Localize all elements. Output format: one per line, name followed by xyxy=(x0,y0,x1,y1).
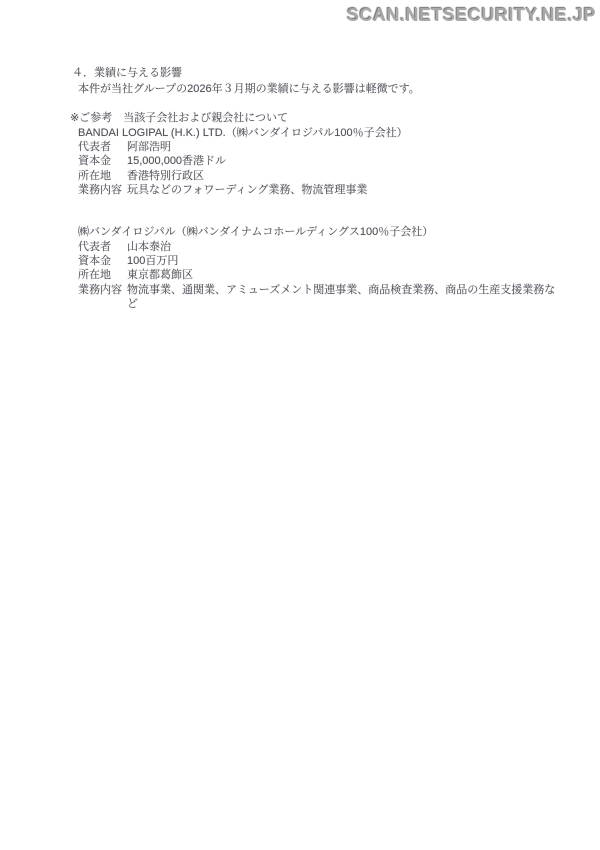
field-label: 代表者 xyxy=(78,240,127,254)
document-page: SCAN.NETSECURITY.NE.JP ４．業績に与える影響 本件が当社グ… xyxy=(0,0,600,850)
field-value: 100百万円 xyxy=(127,254,565,268)
field-value: 15,000,000香港ドル xyxy=(127,154,565,168)
reference-heading: ※ご参考 当該子会社および親会社について xyxy=(70,111,568,125)
field-label: 業務内容 xyxy=(78,183,127,197)
company-block-bandai-logipal-hk: BANDAI LOGIPAL (H.K.) LTD.（㈱バンダイロジパル100％… xyxy=(78,126,568,197)
company-field-row: 代表者 山本泰治 xyxy=(78,240,568,254)
field-value: 物流事業、通関業、アミューズメント関連事業、商品検査業務、商品の生産支援業務など xyxy=(127,283,565,312)
site-watermark: SCAN.NETSECURITY.NE.JP xyxy=(347,5,596,26)
company-field-row: 業務内容 物流事業、通関業、アミューズメント関連事業、商品検査業務、商品の生産支… xyxy=(78,283,568,312)
company-field-row: 所在地 香港特別行政区 xyxy=(78,169,568,183)
field-label: 資本金 xyxy=(78,154,127,168)
company-name: BANDAI LOGIPAL (H.K.) LTD.（㈱バンダイロジパル100％… xyxy=(78,126,568,140)
company-field-row: 資本金 100百万円 xyxy=(78,254,568,268)
field-label: 所在地 xyxy=(78,268,127,282)
company-field-row: 代表者 阿部浩明 xyxy=(78,140,568,154)
field-label: 業務内容 xyxy=(78,283,127,297)
field-label: 所在地 xyxy=(78,169,127,183)
section-4-body: 本件が当社グループの2026年３月期の業績に与える影響は軽微です。 xyxy=(78,82,568,96)
document-content: ４．業績に与える影響 本件が当社グループの2026年３月期の業績に与える影響は軽… xyxy=(72,66,568,311)
company-field-row: 業務内容 玩具などのフォワーディング業務、物流管理事業 xyxy=(78,183,568,197)
field-label: 資本金 xyxy=(78,254,127,268)
company-name: ㈱バンダイロジパル（㈱バンダイナムコホールディングス100％子会社） xyxy=(78,225,568,239)
section-4-heading: ４．業績に与える影響 xyxy=(72,66,568,80)
field-value: 玩具などのフォワーディング業務、物流管理事業 xyxy=(127,183,565,197)
field-value: 東京都葛飾区 xyxy=(127,268,565,282)
field-value: 阿部浩明 xyxy=(127,140,565,154)
company-field-row: 所在地 東京都葛飾区 xyxy=(78,268,568,282)
field-label: 代表者 xyxy=(78,140,127,154)
field-value: 山本泰治 xyxy=(127,240,565,254)
company-field-row: 資本金 15,000,000香港ドル xyxy=(78,154,568,168)
field-value: 香港特別行政区 xyxy=(127,169,565,183)
company-block-bandai-logipal: ㈱バンダイロジパル（㈱バンダイナムコホールディングス100％子会社） 代表者 山… xyxy=(78,225,568,311)
